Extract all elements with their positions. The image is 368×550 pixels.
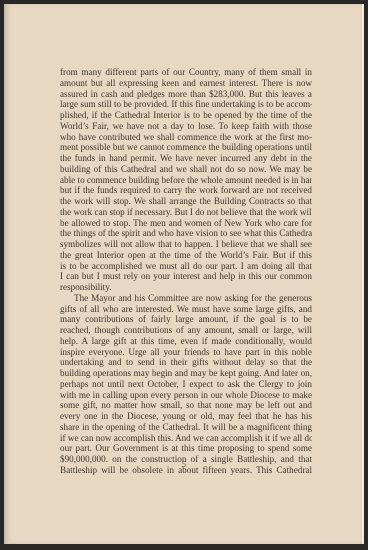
text-line: World’s Fair, we have not a day to lose.…: [60, 121, 312, 132]
text-line: our part. Our Government is at this time…: [60, 443, 312, 454]
text-line: inspire everyone. Urge all your friends …: [60, 347, 312, 358]
text-line: perhaps not until next October, I expect…: [60, 379, 312, 390]
text-line: who have contributed we shall commence t…: [60, 132, 312, 143]
text-line: responsibility.: [60, 282, 312, 293]
text-line: ment possible but we cannot commence the…: [60, 142, 312, 153]
text-line: building of this Cathedral and we shall …: [60, 164, 312, 175]
text-line: some gift, no matter how small, so that …: [60, 400, 312, 411]
text-line: the work will stop. We shall arrange the…: [60, 196, 312, 207]
text-line: with me in calling upon every person in …: [60, 390, 312, 401]
text-line: able to commence building before the who…: [60, 175, 312, 186]
text-line: large sum still to be provided. If this …: [60, 99, 312, 110]
text-line: the funds in hand permit. We have never …: [60, 153, 312, 164]
text-line: symbolizes will not allow that to happen…: [60, 239, 312, 250]
text-line: be allowed to stop. The men and women of…: [60, 218, 312, 229]
page-number: 5: [4, 460, 364, 469]
text-line: from many different parts of our Country…: [60, 67, 312, 78]
text-line: help. A large gift at this time, even if…: [60, 336, 312, 347]
text-line: is to be accomplished we must all do our…: [60, 261, 312, 272]
text-line: gifts of all who are interested. We must…: [60, 304, 312, 315]
text-line: many contributions of fairly large amoun…: [60, 314, 312, 325]
text-line: every one in the Diocese, young or old, …: [60, 411, 312, 422]
paragraph-start-line: The Mayor and his Committee are now aski…: [60, 293, 312, 304]
text-line: the work can stop if necessary. But I do…: [60, 207, 312, 218]
document-page: from many different parts of our Country…: [4, 4, 364, 544]
text-line: building operations may begin and may be…: [60, 368, 312, 379]
text-line: the great Interior open at the time of t…: [60, 250, 312, 261]
text-line: but if the funds required to carry the w…: [60, 185, 312, 196]
text-line: the things of the spirit and who have vi…: [60, 228, 312, 239]
text-line: share in the opening of the Cathedral. I…: [60, 422, 312, 433]
text-line: reached, though contributions of any amo…: [60, 325, 312, 336]
text-line: if we can now accomplish this. And we ca…: [60, 433, 312, 444]
text-line: amount but all expressing keen and earne…: [60, 78, 312, 89]
body-text: from many different parts of our Country…: [60, 67, 312, 476]
text-line: assured in cash and pledges more than $2…: [60, 89, 312, 100]
text-line: undertaking and to send in their gifts w…: [60, 357, 312, 368]
text-line: I can but I must rely on your interest a…: [60, 271, 312, 282]
text-line: plished, if the Cathedral Interior is to…: [60, 110, 312, 121]
